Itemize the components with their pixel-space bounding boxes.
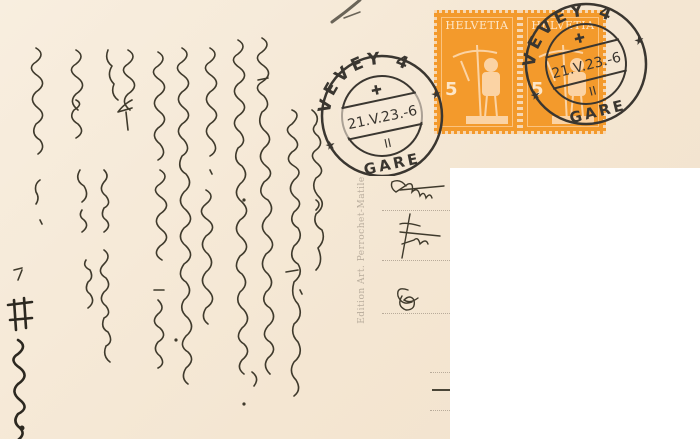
star-icon: ★: [529, 87, 543, 103]
postcard-back: Edition Art. Perrochet-Matile: [0, 0, 700, 439]
message-line: Meine Lieben!: [301, 110, 322, 242]
message-line: prächtige Aussicht. Sind: [251, 38, 272, 262]
message-line: sammen. Werden: [199, 48, 220, 206]
message-line: Geniessen heute die: [279, 110, 300, 295]
signature: Heinr.: [13, 300, 34, 356]
stamp-country: HELVETIA: [437, 19, 517, 32]
postmark-code: II: [383, 136, 393, 151]
swiss-cross-icon: ✚: [370, 83, 384, 100]
postmark-code: II: [588, 84, 598, 99]
address-line: Bo: [400, 284, 424, 305]
signature: Hans: [91, 250, 112, 297]
redacted-address-area: [450, 168, 700, 439]
star-icon: ★: [429, 86, 442, 102]
star-icon: ★: [632, 32, 646, 48]
postmark-office: GARE: [362, 149, 422, 176]
postmark-vevey-right: VEVEY 4 21.V.23.-6 II GARE ✚ ★ ★: [512, 0, 662, 128]
signature: Hedy: [117, 50, 138, 98]
star-icon: ★: [324, 137, 337, 153]
swiss-cross-icon: ✚: [573, 31, 587, 48]
postmark-vevey-left: VEVEY 4 21.V.23.-6 II GARE ✚ ★ ★: [308, 46, 458, 176]
address-line: Fr: [400, 226, 421, 247]
message-line: sind alle gemütlich bei-: [227, 40, 248, 253]
message-line: Liebe Grüsse von: [147, 52, 168, 210]
message-line: Morgen Sonntag heimkehren.: [171, 48, 192, 322]
